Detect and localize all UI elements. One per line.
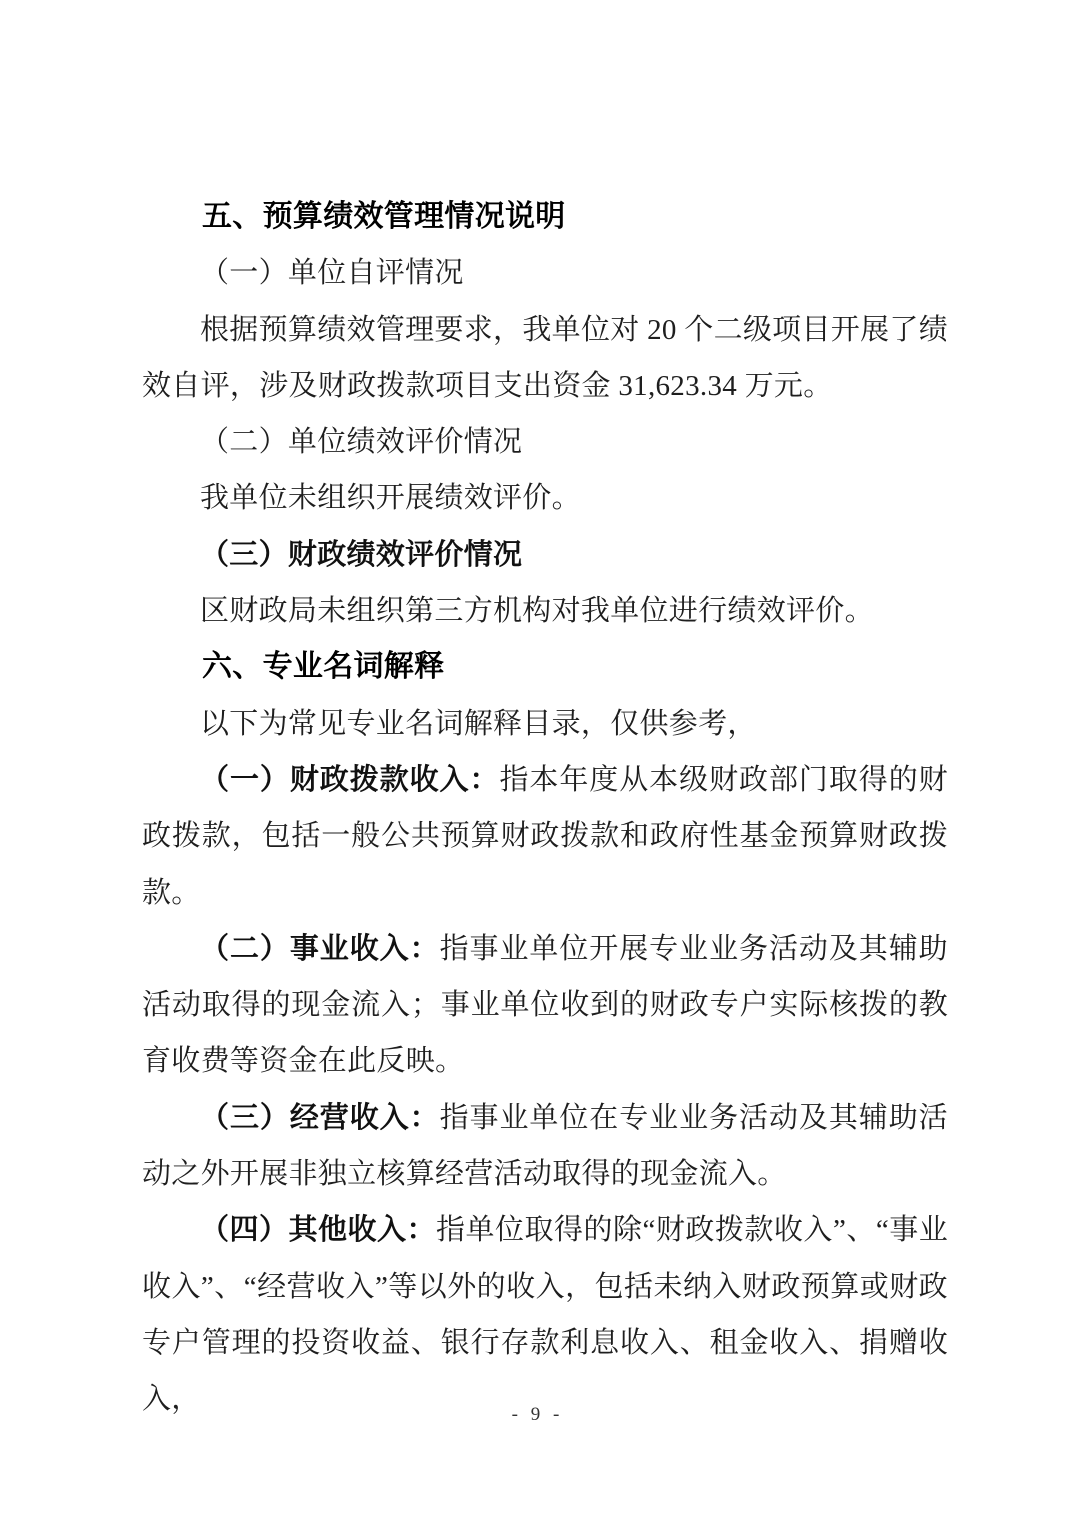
paragraph-self-evaluation: 根据预算绩效管理要求，我单位对 20 个二级项目开展了绩效自评，涉及财政拨款项目… xyxy=(142,302,948,415)
paragraph-unit-performance-evaluation: 我单位未组织开展绩效评价。 xyxy=(142,470,948,526)
definition-term: （三）经营收入： xyxy=(200,1102,440,1134)
definition-term: （一）财政拨款收入： xyxy=(200,764,499,796)
definition-term: （二）事业收入： xyxy=(200,933,440,965)
definition-business-income: （二）事业收入：指事业单位开展专业业务活动及其辅助活动取得的现金流入；事业单位收… xyxy=(142,921,948,1090)
definition-fiscal-appropriation-income: （一）财政拨款收入：指本年度从本级财政部门取得的财政拨款，包括一般公共预算财政拨… xyxy=(142,752,948,921)
definition-term: （四）其他收入： xyxy=(200,1214,436,1246)
section-heading-6: 六、专业名词解释 xyxy=(142,639,948,695)
sub-heading-self-evaluation: （一）单位自评情况 xyxy=(142,245,948,301)
section-heading-5: 五、预算绩效管理情况说明 xyxy=(142,189,948,245)
definition-other-income: （四）其他收入：指单位取得的除“财政拨款收入”、“事业收入”、“经营收入”等以外… xyxy=(142,1202,948,1427)
document-body: 五、预算绩效管理情况说明 （一）单位自评情况 根据预算绩效管理要求，我单位对 2… xyxy=(142,189,948,1428)
sub-heading-fiscal-performance-evaluation: （三）财政绩效评价情况 xyxy=(142,527,948,583)
paragraph-fiscal-performance-evaluation: 区财政局未组织第三方机构对我单位进行绩效评价。 xyxy=(142,583,948,639)
definition-operating-income: （三）经营收入：指事业单位在专业业务活动及其辅助活动之外开展非独立核算经营活动取… xyxy=(142,1090,948,1203)
sub-heading-unit-performance-evaluation: （二）单位绩效评价情况 xyxy=(142,414,948,470)
paragraph-glossary-intro: 以下为常见专业名词解释目录，仅供参考， xyxy=(142,696,948,752)
page-number: - 9 - xyxy=(0,1404,1075,1426)
document-page: 五、预算绩效管理情况说明 （一）单位自评情况 根据预算绩效管理要求，我单位对 2… xyxy=(0,0,1075,1520)
